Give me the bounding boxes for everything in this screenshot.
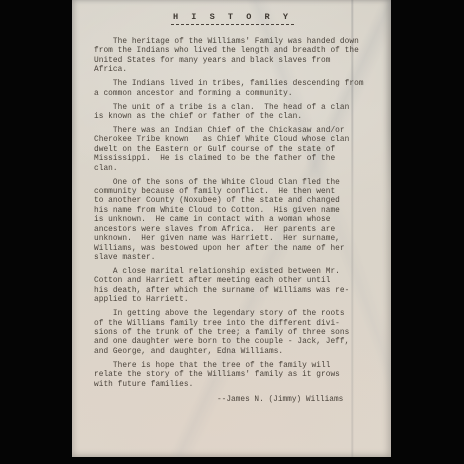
paragraph-heritage: The heritage of the Williams' Family was… [94,38,371,76]
paragraph-white-cloud: There was an Indian Chief of the Chickas… [94,127,371,174]
photo-background: H I S T O R Y The heritage of the Willia… [0,0,464,464]
paragraph-hope: There is hope that the tree of the famil… [94,362,371,390]
paragraph-tribes: The Indians lived in tribes, families de… [94,80,371,99]
document-body: H I S T O R Y The heritage of the Willia… [72,0,391,405]
page-title: H I S T O R Y [94,12,371,22]
paragraph-family-tree: In getting above the legendary story of … [94,310,371,357]
paragraph-marriage: A close marital relationship existed bet… [94,268,371,306]
paragraph-cotton-harriett: One of the sons of the White Cloud Clan … [94,179,371,264]
document-page: H I S T O R Y The heritage of the Willia… [72,0,391,457]
signature: --James N. (Jimmy) Williams [94,396,371,405]
bottom-black-bar [0,457,464,464]
paragraph-clan: The unit of a tribe is a clan. The head … [94,104,371,123]
